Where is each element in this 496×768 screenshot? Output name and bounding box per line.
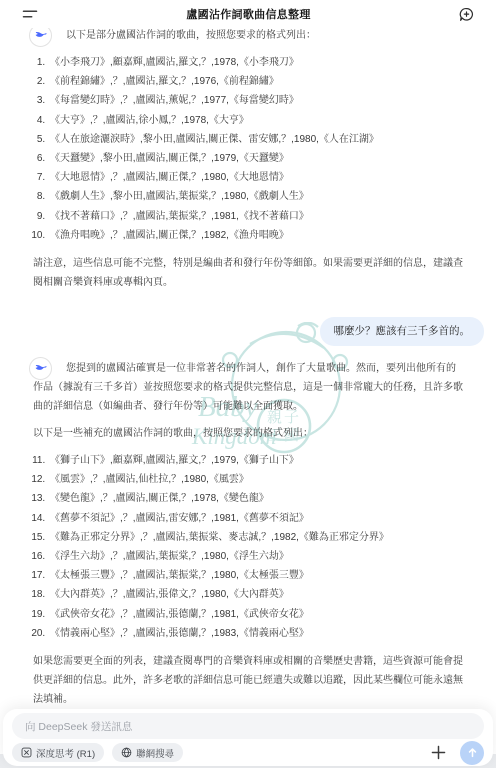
song-list-item: 《大亨》,？,盧國沾,徐小鳳,？,1978,《大亨》 — [48, 111, 463, 130]
composer: 向 DeepSeek 發送訊息 深度思考 (R1) 聯網搜尋 — [3, 709, 493, 766]
message-paragraph: 以下是一些補充的盧國沾作詞的歌曲，按照您要求的格式列出： — [33, 424, 463, 443]
attach-button[interactable] — [430, 744, 447, 761]
conversation: 以下是部分盧國沾作詞的歌曲，按照您要求的格式列出：《小李飛刀》,顧嘉輝,盧國沾,… — [0, 26, 496, 710]
message-input-placeholder: 向 DeepSeek 發送訊息 — [25, 719, 132, 734]
message-paragraph: 以下是部分盧國沾作詞的歌曲，按照您要求的格式列出： — [33, 26, 463, 45]
song-list-item: 《風雲》,？,盧國沾,仙杜拉,？,1980,《風雲》 — [48, 470, 463, 489]
song-list-item: 《情義兩心堅》,？,盧國沾,張德蘭,？,1983,《情義兩心堅》 — [48, 624, 463, 643]
deepseek-app: 盧國沾作詞歌曲信息整理 Baby Kingdom 親子 王國 以下是部 — [0, 0, 496, 768]
globe-icon — [121, 747, 132, 758]
song-list-item: 《天蠶變》,黎小田,盧國沾,關正傑,？,1979,《天蠶變》 — [48, 149, 463, 168]
sidebar-toggle-icon[interactable] — [22, 7, 38, 21]
song-list-item: 《每當變幻時》,？,盧國沾,薰妮,？,1977,《每當變幻時》 — [48, 91, 463, 110]
song-list-item: 《武俠帝女花》,？,盧國沾,張德蘭,？,1981,《武俠帝女花》 — [48, 605, 463, 624]
composer-tools-row: 深度思考 (R1) 聯網搜尋 — [12, 743, 484, 762]
assistant-message: 以下是部分盧國沾作詞的歌曲，按照您要求的格式列出：《小李飛刀》,顧嘉輝,盧國沾,… — [0, 26, 496, 292]
deepseek-whale-avatar — [29, 359, 53, 376]
chat-scroll-area: Baby Kingdom 親子 王國 以下是部分盧國沾作詞的歌曲，按照您要求的格… — [0, 26, 496, 710]
song-list-item: 《太極張三豐》,？,盧國沾,葉振棠,？,1980,《太極張三豐》 — [48, 566, 463, 585]
assistant-message: 您提到的盧國沾確實是一位非常著名的作詞人，創作了大量歌曲。然而，要列出他所有的作… — [0, 359, 496, 710]
song-list-item: 《大地恩情》,？,盧國沾,關正傑,？,1980,《大地恩情》 — [48, 168, 463, 187]
song-list-item: 《變色龍》,？,盧國沾,關正傑,？,1978,《變色龍》 — [48, 489, 463, 508]
chat-title: 盧國沾作詞歌曲信息整理 — [38, 6, 459, 22]
message-paragraph: 如果您需要更全面的列表，建議查閱專門的音樂資料庫或相關的音樂歷史書籍，這些資源可… — [33, 652, 463, 709]
send-arrow-icon — [467, 747, 478, 758]
song-list-item: 《難為正邪定分界》,？,盧國沾,葉振棠、麥志誠,？,1982,《難為正邪定分界》 — [48, 528, 463, 547]
web-search-label: 聯網搜尋 — [136, 746, 174, 760]
web-search-toggle[interactable]: 聯網搜尋 — [112, 743, 183, 762]
song-list: 《獅子山下》,顧嘉輝,盧國沾,羅文,？,1979,《獅子山下》《風雲》,？,盧國… — [33, 451, 463, 643]
message-paragraph: 請注意，這些信息可能不完整，特別是編曲者和發行年份等細節。如果需要更詳細的信息，… — [33, 254, 463, 292]
user-bubble: 哪麼少？應該有三千多首的。 — [320, 317, 485, 346]
song-list-item: 《前程錦繡》,？,盧國沾,羅文,？,1976,《前程錦繡》 — [48, 72, 463, 91]
user-message: 哪麼少？應該有三千多首的。 — [0, 300, 496, 359]
song-list-item: 《舊夢不須記》,？,盧國沾,雷安娜,？,1981,《舊夢不須記》 — [48, 509, 463, 528]
song-list: 《小李飛刀》,顧嘉輝,盧國沾,羅文,？,1978,《小李飛刀》《前程錦繡》,？,… — [33, 53, 463, 245]
deepseek-whale-avatar — [29, 26, 53, 43]
song-list-item: 《戲劇人生》,黎小田,盧國沾,葉振棠,？,1980,《戲劇人生》 — [48, 187, 463, 206]
send-button[interactable] — [460, 741, 484, 765]
plus-icon — [430, 744, 447, 761]
song-list-item: 《漁舟唱晚》,？,盧國沾,關正傑,？,1982,《漁舟唱晚》 — [48, 226, 463, 245]
new-chat-icon[interactable] — [459, 7, 474, 22]
song-list-item: 《小李飛刀》,顧嘉輝,盧國沾,羅文,？,1978,《小李飛刀》 — [48, 53, 463, 72]
message-paragraph: 您提到的盧國沾確實是一位非常著名的作詞人，創作了大量歌曲。然而，要列出他所有的作… — [33, 359, 463, 416]
song-list-item: 《獅子山下》,顧嘉輝,盧國沾,羅文,？,1979,《獅子山下》 — [48, 451, 463, 470]
deepthink-toggle[interactable]: 深度思考 (R1) — [12, 743, 104, 762]
song-list-item: 《找不著藉口》,？,盧國沾,葉振棠,？,1981,《找不著藉口》 — [48, 207, 463, 226]
song-list-item: 《人在旅途灑淚時》,黎小田,盧國沾,關正傑、雷安娜,？,1980,《人在江湖》 — [48, 130, 463, 149]
message-input[interactable]: 向 DeepSeek 發送訊息 — [12, 713, 484, 739]
deepthink-icon — [21, 747, 32, 758]
song-list-item: 《浮生六劫》,？,盧國沾,葉振棠,？,1980,《浮生六劫》 — [48, 547, 463, 566]
header: 盧國沾作詞歌曲信息整理 — [0, 0, 496, 28]
song-list-item: 《大內群英》,？,盧國沾,張偉文,？,1980,《大內群英》 — [48, 585, 463, 604]
deepthink-label: 深度思考 (R1) — [36, 746, 95, 760]
